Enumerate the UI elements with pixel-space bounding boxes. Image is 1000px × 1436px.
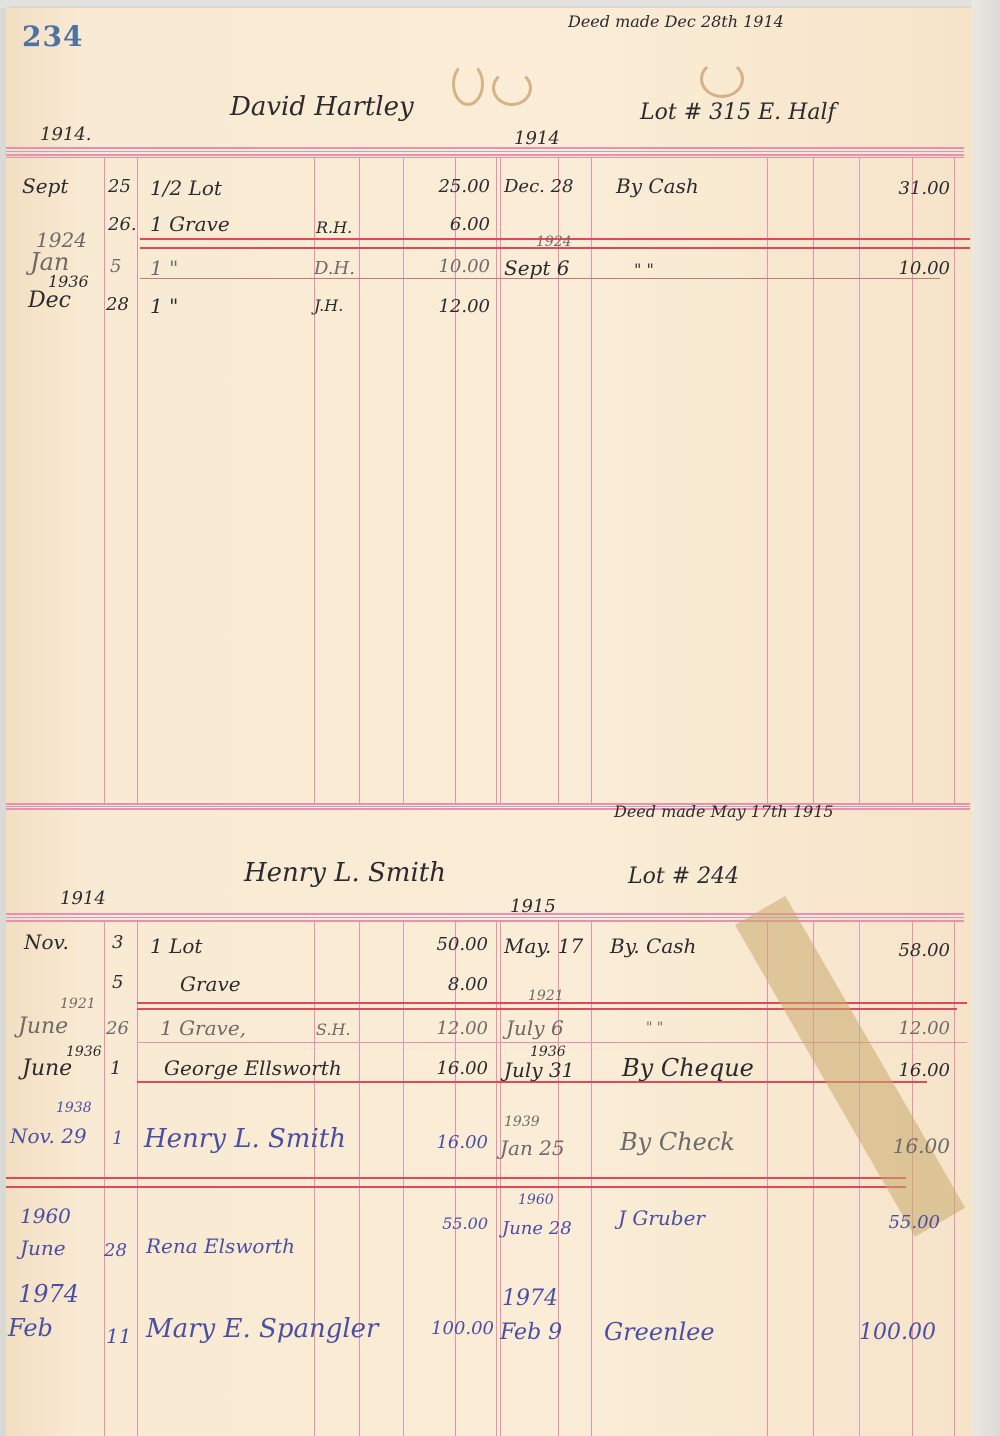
credit-amount: 10.00 bbox=[862, 258, 950, 279]
credit-description: By. Cash bbox=[610, 934, 696, 958]
column-rule bbox=[496, 922, 497, 1436]
column-rule bbox=[558, 157, 559, 805]
debit-day: 28 bbox=[104, 1240, 127, 1261]
header-rule bbox=[6, 913, 964, 915]
debit-item: Henry L. Smith bbox=[144, 1124, 346, 1154]
column-rule bbox=[496, 157, 497, 805]
debit-amount: 12.00 bbox=[398, 1018, 488, 1039]
debit-year: 1938 bbox=[56, 1100, 92, 1116]
column-rule bbox=[137, 157, 138, 805]
credit-description: J Gruber bbox=[618, 1206, 705, 1230]
debit-amount: 25.00 bbox=[408, 176, 490, 197]
debit-amount: 55.00 bbox=[398, 1214, 488, 1233]
deed-note: Deed made May 17th 1915 bbox=[614, 802, 834, 821]
debit-day: 26 bbox=[106, 1018, 129, 1039]
debit-item: 1 " bbox=[150, 256, 178, 280]
debit-day: 28 bbox=[106, 294, 129, 315]
column-rule bbox=[359, 157, 360, 805]
debit-day: 25 bbox=[108, 176, 131, 197]
debit-month: Dec bbox=[28, 288, 71, 313]
debit-day: 3 bbox=[112, 932, 123, 953]
column-rule bbox=[104, 922, 105, 1436]
column-rule bbox=[591, 157, 592, 805]
credit-date: Feb 9 bbox=[500, 1320, 562, 1345]
column-rule bbox=[403, 922, 404, 1436]
credit-year: 1939 bbox=[504, 1114, 540, 1130]
credit-date: Sept 6 bbox=[504, 256, 569, 280]
debit-initials: D.H. bbox=[314, 258, 355, 279]
credit-description: Greenlee bbox=[604, 1318, 715, 1346]
debit-item: 1 Grave bbox=[150, 212, 230, 236]
credit-description: " " bbox=[646, 1020, 663, 1036]
debit-day: 11 bbox=[106, 1324, 131, 1348]
debit-year: 1960 bbox=[20, 1204, 71, 1228]
credit-date: June 28 bbox=[502, 1218, 572, 1239]
debit-amount: 8.00 bbox=[398, 974, 488, 995]
header-rule bbox=[6, 917, 964, 918]
debit-month: June bbox=[22, 1056, 72, 1081]
column-rule bbox=[591, 922, 592, 1436]
debit-initials: R.H. bbox=[316, 218, 352, 237]
debit-item: George Ellsworth bbox=[164, 1056, 342, 1080]
debit-item: 1 Lot bbox=[150, 934, 202, 958]
credit-year: 1921 bbox=[528, 988, 564, 1004]
debit-month: Sept bbox=[22, 174, 68, 198]
credit-amount: 55.00 bbox=[852, 1212, 940, 1233]
column-rule bbox=[954, 922, 955, 1436]
credit-amount: 58.00 bbox=[862, 940, 950, 961]
column-rule bbox=[859, 157, 860, 805]
debit-amount: 10.00 bbox=[408, 256, 490, 277]
credit-amount: 12.00 bbox=[862, 1018, 950, 1039]
debit-amount: 16.00 bbox=[398, 1058, 488, 1079]
credit-description: " " bbox=[634, 260, 654, 279]
column-rule bbox=[500, 922, 501, 1436]
total-rule bbox=[6, 1177, 906, 1179]
debit-day: 26. bbox=[108, 214, 137, 235]
account-name: David Hartley bbox=[230, 92, 414, 122]
column-rule bbox=[912, 157, 913, 805]
debit-year: 1914. bbox=[40, 124, 92, 145]
credit-date: May. 17 bbox=[504, 934, 583, 958]
credit-amount: 100.00 bbox=[840, 1320, 936, 1345]
column-rule bbox=[500, 157, 501, 805]
credit-description: By Cash bbox=[616, 174, 699, 198]
debit-month: Feb bbox=[8, 1314, 53, 1342]
credit-year: 1974 bbox=[502, 1286, 558, 1311]
credit-year: 1960 bbox=[518, 1192, 554, 1208]
credit-date: July 6 bbox=[506, 1016, 564, 1040]
account-name: Henry L. Smith bbox=[244, 858, 446, 888]
debit-item: 1 " bbox=[150, 294, 178, 318]
debit-day: 5 bbox=[110, 256, 121, 277]
deed-note: Deed made Dec 28th 1914 bbox=[568, 12, 784, 31]
scan-top-edge bbox=[0, 0, 1000, 8]
debit-initials: J.H. bbox=[314, 296, 343, 315]
column-rule bbox=[859, 922, 860, 1436]
total-rule bbox=[6, 1186, 906, 1188]
column-rule bbox=[314, 157, 315, 805]
column-rule bbox=[137, 922, 138, 1436]
column-rule bbox=[455, 157, 456, 805]
credit-description: By Check bbox=[620, 1128, 735, 1156]
debit-item: 1/2 Lot bbox=[150, 176, 222, 200]
credit-year: 1914 bbox=[514, 128, 560, 149]
credit-amount: 16.00 bbox=[862, 1060, 950, 1081]
column-rule bbox=[767, 157, 768, 805]
stain-mark bbox=[700, 60, 744, 98]
scan-right-edge bbox=[972, 0, 1000, 1436]
debit-amount: 12.00 bbox=[408, 296, 490, 317]
debit-day: 1 bbox=[112, 1128, 123, 1149]
debit-initials: S.H. bbox=[316, 1020, 351, 1039]
debit-item: Grave bbox=[180, 972, 241, 996]
header-rule bbox=[6, 157, 964, 158]
header-rule bbox=[6, 147, 964, 149]
column-rule bbox=[954, 157, 955, 805]
page-number: 234 bbox=[22, 20, 83, 53]
debit-item: 1 Grave, bbox=[160, 1016, 246, 1040]
debit-month: Nov. bbox=[24, 930, 69, 954]
debit-amount: 16.00 bbox=[398, 1132, 488, 1153]
debit-day: 5 bbox=[112, 972, 123, 993]
debit-year: 1974 bbox=[18, 1280, 79, 1308]
stain-mark bbox=[452, 62, 484, 106]
debit-amount: 100.00 bbox=[398, 1318, 494, 1339]
debit-day: 1 bbox=[110, 1058, 121, 1079]
column-rule bbox=[403, 157, 404, 805]
credit-amount: 16.00 bbox=[862, 1134, 950, 1158]
debit-amount: 6.00 bbox=[408, 214, 490, 235]
stain-mark bbox=[492, 70, 532, 106]
credit-year: 1924 bbox=[536, 234, 572, 250]
lot-number: Lot # 315 E. Half bbox=[640, 100, 836, 125]
column-rule bbox=[359, 922, 360, 1436]
debit-month: Nov. 29 bbox=[10, 1124, 87, 1148]
debit-year: 1921 bbox=[60, 996, 96, 1012]
credit-date: Jan 25 bbox=[500, 1136, 565, 1160]
header-rule bbox=[6, 920, 964, 922]
credit-description: By Cheque bbox=[622, 1054, 754, 1082]
debit-month: June bbox=[18, 1014, 68, 1039]
column-rule bbox=[104, 157, 105, 805]
debit-month: June bbox=[20, 1236, 66, 1260]
column-rule bbox=[767, 922, 768, 1436]
credit-date: Dec. 28 bbox=[504, 176, 574, 197]
header-rule bbox=[6, 151, 964, 152]
debit-item: Mary E. Spangler bbox=[146, 1314, 379, 1344]
lot-number: Lot # 244 bbox=[628, 864, 739, 889]
column-rule bbox=[455, 922, 456, 1436]
credit-date: July 31 bbox=[504, 1058, 574, 1082]
header-rule bbox=[6, 154, 964, 156]
column-rule bbox=[314, 922, 315, 1436]
debit-year: 1914 bbox=[60, 888, 106, 909]
debit-amount: 50.00 bbox=[398, 934, 488, 955]
credit-amount: 31.00 bbox=[862, 178, 950, 199]
column-rule bbox=[813, 157, 814, 805]
debit-item: Rena Elsworth bbox=[146, 1234, 295, 1258]
